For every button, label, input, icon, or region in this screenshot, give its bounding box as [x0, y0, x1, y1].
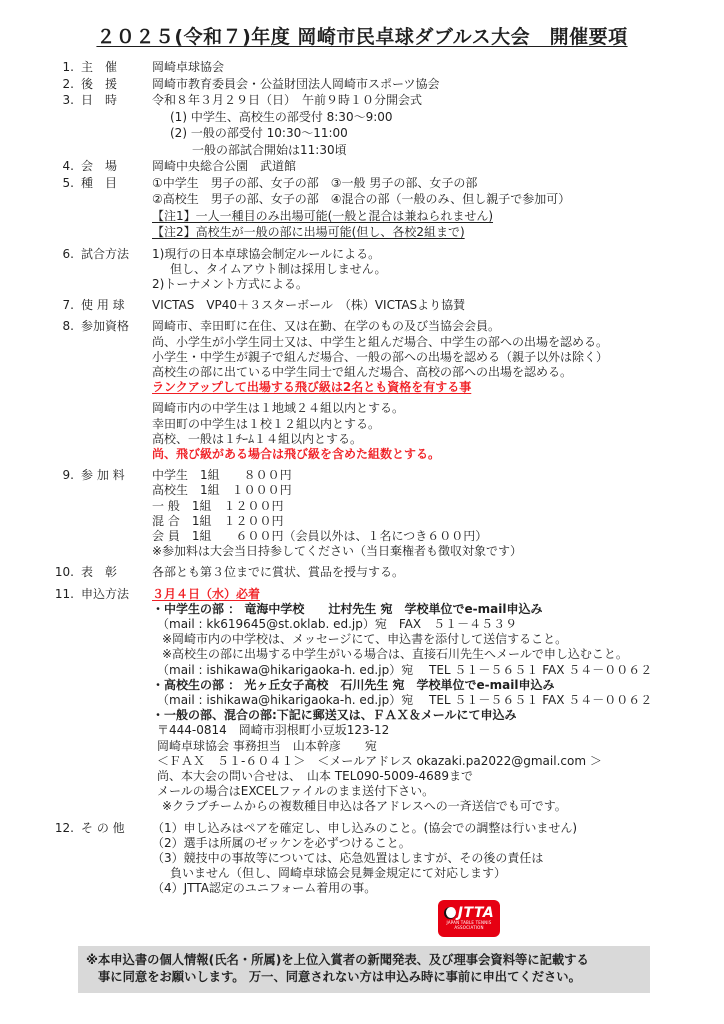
doc-line: 各部とも第３位までに賞状、賞品を授与する。	[152, 565, 404, 580]
section-number: 5.	[0, 175, 74, 192]
doc-line: 高校、一般は１ﾁｰﾑ１４組以内とする。	[152, 432, 608, 447]
section-label: 種 目	[81, 175, 141, 192]
doc-line: 岡崎市教育委員会・公益財団法人岡崎市スポーツ協会	[152, 76, 440, 93]
fee-line: 高校生 1組 １０００円	[152, 483, 522, 498]
doc-line: ※高校生の部に出場する中学生がいる場合は、直接石川先生へメールで申し込むこと。	[152, 647, 652, 662]
doc-line-note1: 【注1】一人一種目のみ出場可能(一般と混合は兼ねられません)	[152, 208, 570, 225]
doc-line: 尚、小学生が小学生同士又は、中学生と組んだ場合、中学生の部への出場を認める。	[152, 335, 608, 350]
doc-line: 高校生の部に出ている中学生同士で組んだ場合、高校の部への出場を認める。	[152, 365, 608, 380]
section-number: 1.	[0, 59, 74, 76]
consent-notice: ※本申込書の個人情報(氏名・所属)を上位入賞者の新聞発表、及び理事会資料等に記載…	[78, 946, 650, 993]
section-fees: 9. 参 加 料 中学生 1組 ８００円 高校生 1組 １０００円 一 般 1組…	[0, 468, 724, 559]
section-number: 12.	[0, 821, 74, 836]
doc-line: ・中学生の部 ： 竜海中学校 辻村先生 宛 学校単位でe-mail申込み	[152, 602, 652, 617]
doc-line: ※クラブチームからの複数種目申込は各アドレスへの一斉送信でも可です。	[152, 799, 652, 814]
email-line: （mail : ishikawa@hikarigaoka-h. ed.jp）宛 …	[152, 663, 652, 678]
page-title-text: ２０２５(令和７)年度 岡崎市民卓球ダブルス大会 開催要項	[96, 26, 627, 48]
doc-line: 岡崎卓球協会	[152, 59, 224, 76]
contact-line: 尚、本大会の問い合せは、 山本 TEL090-5009-4689まで	[152, 769, 652, 784]
section-sponsor: 2. 後 援 岡崎市教育委員会・公益財団法人岡崎市スポーツ協会	[0, 76, 724, 93]
section-number: 2.	[0, 76, 74, 93]
section-events: 5. 種 目 ①中学生 男子の部、女子の部 ③一般 男子の部、女子の部 ②高校生…	[0, 175, 724, 241]
section-ball: 7. 使 用 球 VICTAS VP40＋３スターボール （株）VICTASより…	[0, 298, 724, 313]
doc-line: メールの場合はEXCELファイルのまま送付下さい。	[152, 784, 652, 799]
doc-line: ②高校生 男子の部、女子の部 ④混合の部（一般のみ、但し親子で参加可）	[152, 191, 570, 208]
consent-line-1: ※本申込書の個人情報(氏名・所属)を上位入賞者の新聞発表、及び理事会資料等に記載…	[86, 952, 642, 969]
section-awards: 10. 表 彰 各部とも第３位までに賞状、賞品を授与する。	[0, 565, 724, 580]
contact-line: ＜ＦＡＸ ５１-６０４１＞ ＜メールアドレス okazaki.pa2022@gm…	[152, 754, 652, 769]
doc-line: （2）選手は所属のゼッケンを必ずつけること。	[152, 836, 577, 851]
section-label: 参加資格	[81, 319, 141, 334]
section-label: そ の 他	[81, 821, 141, 836]
email-line: （mail : ishikawa@hikarigaoka-h. ed.jp）宛 …	[152, 693, 652, 708]
jtta-logo-row: JTTA	[444, 906, 494, 920]
section-label: 申込方法	[81, 587, 141, 602]
address-line: 〒444-0814 岡崎市羽根町小豆坂123-12	[152, 723, 652, 738]
fee-line: 混 合 1組 １２００円	[152, 514, 522, 529]
table-tennis-ball-icon	[444, 907, 456, 919]
doc-line: ・一般の部、混合の部:下記に郵送又は、ＦＡＸ＆メールにて申込み	[152, 708, 652, 723]
jtta-logo: JTTA JAPAN TABLE TENNIS ASSOCIATION	[438, 900, 500, 937]
jtta-logo-text: JTTA	[458, 906, 494, 920]
section-label: 表 彰	[81, 565, 141, 580]
fee-note: ※参加料は大会当日持参してください（当日棄権者も徴収対象です）	[152, 544, 522, 559]
doc-line: 1)現行の日本卓球協会制定ルールによる。	[152, 247, 386, 262]
doc-line: 岡崎市、幸田町に在住、又は在勤、在学のもの及び当協会会員。	[152, 319, 608, 334]
email-line: （mail : kk619645@st.oklab. ed.jp）宛 FAX ５…	[152, 617, 652, 632]
section-match-rules: 6. 試合方法 1)現行の日本卓球協会制定ルールによる。 但し、タイムアウト制は…	[0, 247, 724, 293]
fee-line: 一 般 1組 １２００円	[152, 499, 522, 514]
section-label: 会 場	[81, 158, 141, 175]
application-deadline: ３月４日（水）必着	[152, 587, 652, 602]
section-label: 参 加 料	[81, 468, 141, 483]
section-number: 6.	[0, 247, 74, 262]
section-number: 3.	[0, 92, 74, 109]
doc-line: ①中学生 男子の部、女子の部 ③一般 男子の部、女子の部	[152, 175, 570, 192]
doc-line: （4）JTTA認定のユニフォーム着用の事。	[152, 881, 577, 896]
section-number: 8.	[0, 319, 74, 334]
doc-line: 岡崎中央総合公園 武道館	[152, 158, 296, 175]
section-label: 主 催	[81, 59, 141, 76]
doc-line: （3）競技中の事故等については、応急処置はしますが、その後の責任は	[152, 851, 577, 866]
section-eligibility: 8. 参加資格 岡崎市、幸田町に在住、又は在勤、在学のもの及び当協会会員。 尚、…	[0, 319, 724, 462]
section-application: 11. 申込方法 ３月４日（水）必着 ・中学生の部 ： 竜海中学校 辻村先生 宛…	[0, 587, 724, 815]
section-label: 後 援	[81, 76, 141, 93]
document-body: 1. 主 催 岡崎卓球協会 2. 後 援 岡崎市教育委員会・公益財団法人岡崎市ス…	[0, 59, 724, 897]
doc-line: 小学生・中学生が親子で組んだ場合、一般の部への出場を認める（親子以外は除く）	[152, 350, 608, 365]
doc-line: 負いません（但し、岡崎卓球協会見舞金規定にて対応します）	[152, 866, 577, 881]
doc-line: VICTAS VP40＋３スターボール （株）VICTASより協賛	[152, 298, 465, 313]
doc-line: 一般の部試合開始は11:30頃	[152, 142, 422, 159]
doc-line: ・高校生の部 ： 光ヶ丘女子高校 石川先生 宛 学校単位でe-mail申込み	[152, 678, 652, 693]
doc-line: 但し、タイムアウト制は採用しません。	[152, 262, 386, 277]
section-venue: 4. 会 場 岡崎中央総合公園 武道館	[0, 158, 724, 175]
section-number: 4.	[0, 158, 74, 175]
section-label: 試合方法	[81, 247, 141, 262]
fee-line: 中学生 1組 ８００円	[152, 468, 522, 483]
doc-line-note2: 【注2】高校生が一般の部に出場可能(但し、各校2組まで)	[152, 224, 570, 241]
section-number: 9.	[0, 468, 74, 483]
doc-line: 岡崎市内の中学生は１地域２４組以内とする。	[152, 401, 608, 416]
consent-line-2: 事に同意をお願いします。 万一、同意されない方は申込み時に事前に申出てください。	[86, 969, 642, 986]
doc-line: ※岡崎市内の中学校は、メッセージにて、申込書を添付して送信すること。	[152, 632, 652, 647]
document-page: ２０２５(令和７)年度 岡崎市民卓球ダブルス大会 開催要項 1. 主 催 岡崎卓…	[0, 0, 724, 1024]
section-number: 11.	[0, 587, 74, 602]
doc-line: （1）申し込みはペアを確定し、申し込みのこと。(協会での調整は行いません)	[152, 821, 577, 836]
page-title: ２０２５(令和７)年度 岡崎市民卓球ダブルス大会 開催要項	[0, 22, 724, 49]
section-label: 使 用 球	[81, 298, 141, 313]
doc-line: 幸田町の中学生は１校１２組以内とする。	[152, 417, 608, 432]
doc-line: (2) 一般の部受付 10:30～11:00	[152, 125, 422, 142]
section-others: 12. そ の 他 （1）申し込みはペアを確定し、申し込みのこと。(協会での調整…	[0, 821, 724, 897]
section-organizer: 1. 主 催 岡崎卓球協会	[0, 59, 724, 76]
doc-line: (1) 中学生、高校生の部受付 8:30～9:00	[152, 109, 422, 126]
section-label: 日 時	[81, 92, 141, 109]
section-number: 7.	[0, 298, 74, 313]
address-line: 岡崎卓球協会 事務担当 山本幹彦 宛	[152, 739, 652, 754]
doc-line: 2)トーナメント方式による。	[152, 277, 386, 292]
doc-line-warning: ランクアップして出場する飛び級は2名とも資格を有する事	[152, 380, 608, 395]
fee-line: 会 員 1組 ６００円（会員以外は、１名につき６００円）	[152, 529, 522, 544]
doc-line: 令和８年３月２９日（日） 午前９時１０分開会式	[152, 92, 422, 109]
section-datetime: 3. 日 時 令和８年３月２９日（日） 午前９時１０分開会式 (1) 中学生、高…	[0, 92, 724, 158]
doc-line-warning: 尚、飛び級がある場合は飛び級を含めた組数とする。	[152, 447, 608, 462]
section-number: 10.	[0, 565, 74, 580]
jtta-logo-subtext: JAPAN TABLE TENNIS ASSOCIATION	[443, 921, 495, 930]
